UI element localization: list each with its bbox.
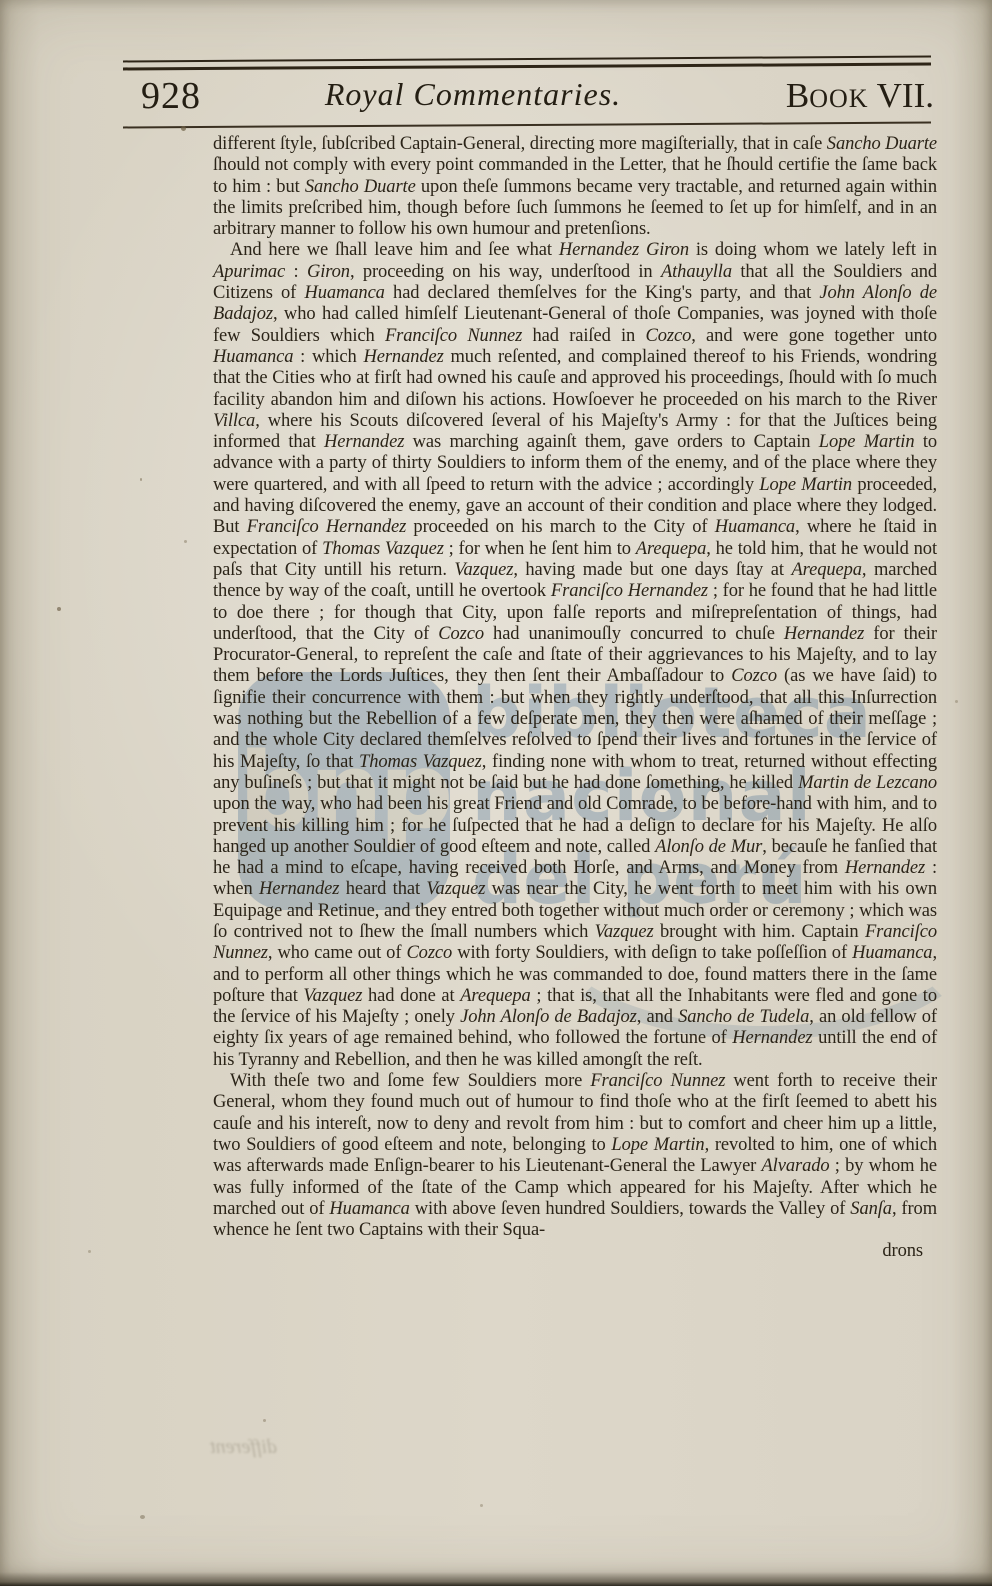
show-through-text: different [210, 1436, 277, 1459]
proper-name-italic: Lope Martin [759, 475, 852, 495]
catchword: drons [213, 1241, 937, 1262]
proper-name-italic: Vazquez [426, 879, 485, 899]
proper-name-italic: Arequepa [791, 560, 861, 580]
proper-name-italic: Thomas Vazquez [359, 752, 482, 772]
proper-name-italic: Hernandez [324, 432, 404, 452]
book-label: Book VII. [786, 76, 934, 116]
ink-speck [872, 245, 875, 248]
book-page-scan: 928 Royal Commentaries. Book VII. bnp bi… [0, 0, 992, 1586]
ink-speck [140, 1515, 145, 1519]
proper-name-italic: Sanſa [850, 1199, 892, 1219]
proper-name-italic: Sancho de Tudela [678, 1007, 809, 1027]
paragraph: different ſtyle, ſubſcribed Captain-Gene… [213, 134, 937, 240]
proper-name-italic: Huamanca [213, 347, 293, 367]
proper-name-italic: Cozco [438, 624, 484, 644]
text-run: was marching againſt them, gave orders t… [404, 432, 818, 452]
proper-name-italic: Thomas Vazquez [322, 539, 444, 559]
proper-name-italic: Franciſco Hernandez [247, 517, 407, 537]
proper-name-italic: Hernandez [732, 1028, 812, 1048]
proper-name-italic: Sancho Duarte [827, 134, 937, 154]
text-run: , who came out of [268, 943, 407, 963]
text-run: , having made but one days ſtay at [513, 560, 791, 580]
text-run: ; for when he ſent him to [444, 539, 636, 559]
proper-name-italic: Hernandez Giron [559, 240, 689, 260]
book-number: VII. [869, 76, 934, 115]
paragraph: With theſe two and ſome few Souldiers mo… [213, 1071, 937, 1241]
proper-name-italic: Apurimac [213, 262, 285, 282]
ink-speck [57, 607, 61, 611]
book-smallcaps: ook [809, 84, 868, 113]
proper-name-italic: Martin de Lezcano [798, 773, 937, 793]
text-run: , proceeding on his way, underſtood in [350, 262, 661, 282]
proper-name-italic: Giron [307, 262, 350, 282]
ink-speck [480, 1504, 483, 1507]
proper-name-italic: Franciſco Hernandez [551, 581, 708, 601]
running-title: Royal Commentaries. [123, 76, 823, 113]
proper-name-italic: Lope Martin [819, 432, 915, 452]
text-run: : [285, 262, 307, 282]
ink-speck [181, 126, 186, 131]
text-run: With theſe two and ſome few Souldiers mo… [230, 1071, 590, 1091]
ink-speck [263, 1419, 266, 1422]
proper-name-italic: Villca [213, 411, 255, 431]
text-run: with above ſeven hundred Souldiers, towa… [410, 1199, 850, 1219]
header-rule-top-inner [123, 63, 931, 71]
proper-name-italic: Cozco [406, 943, 452, 963]
text-run: different ſtyle, ſubſcribed Captain-Gene… [213, 134, 827, 154]
proper-name-italic: Cozco [731, 666, 777, 686]
page-bottom-shadow [0, 1572, 992, 1586]
ink-speck [955, 700, 958, 703]
ink-speck [140, 478, 142, 481]
text-run: had declared themſelves for the King's p… [385, 283, 820, 303]
book-initial: B [786, 76, 809, 115]
proper-name-italic: Arequepa [636, 539, 706, 559]
proper-name-italic: Arequepa [460, 986, 530, 1006]
body-text: different ſtyle, ſubſcribed Captain-Gene… [213, 134, 937, 1263]
ink-speck [88, 1250, 91, 1253]
text-run: is doing whom we lately left in [689, 240, 937, 260]
proper-name-italic: Huamanca [329, 1199, 409, 1219]
proper-name-italic: Vazquez [454, 560, 513, 580]
proper-name-italic: John Alonſo de Badajoz [460, 1007, 637, 1027]
proper-name-italic: Huamanca [304, 283, 384, 303]
proper-name-italic: Hernandez [259, 879, 339, 899]
text-run: had unanimouſly concurred to chuſe [484, 624, 784, 644]
ink-speck [184, 540, 187, 543]
proper-name-italic: Sancho Duarte [305, 177, 416, 197]
proper-name-italic: Franciſco Nunnez [590, 1071, 725, 1091]
proper-name-italic: Vazquez [303, 986, 362, 1006]
text-run: brought with him. Captain [654, 922, 865, 942]
text-run: , and [637, 1007, 678, 1027]
text-run: : which [293, 347, 363, 367]
proper-name-italic: Huamanca [715, 517, 795, 537]
header-rule-top-outer [123, 56, 931, 63]
text-run: had done at [362, 986, 460, 1006]
proper-name-italic: Lope Martin [611, 1135, 704, 1155]
proper-name-italic: Vazquez [595, 922, 654, 942]
proper-name-italic: Hernandez [784, 624, 864, 644]
proper-name-italic: Cozco [645, 326, 691, 346]
paragraph: And here we ſhall leave him and ſee what… [213, 240, 937, 1071]
proper-name-italic: Alonſo de Mur [655, 837, 762, 857]
header-rule-bottom [123, 122, 931, 129]
text-run: And here we ſhall leave him and ſee what [230, 240, 559, 260]
proper-name-italic: Athauylla [661, 262, 732, 282]
proper-name-italic: Hernandez [363, 347, 443, 367]
proper-name-italic: Franciſco Nunnez [385, 326, 522, 346]
proper-name-italic: Alvarado [761, 1156, 829, 1176]
text-run: heard that [339, 879, 426, 899]
text-run: proceeded on his march to the City of [406, 517, 715, 537]
text-run: had raiſed in [522, 326, 645, 346]
text-run: with forty Souldiers, with deſign to tak… [452, 943, 852, 963]
text-run: , and were gone together unto [691, 326, 937, 346]
proper-name-italic: Hernandez [845, 858, 925, 878]
proper-name-italic: Huamanca [852, 943, 932, 963]
